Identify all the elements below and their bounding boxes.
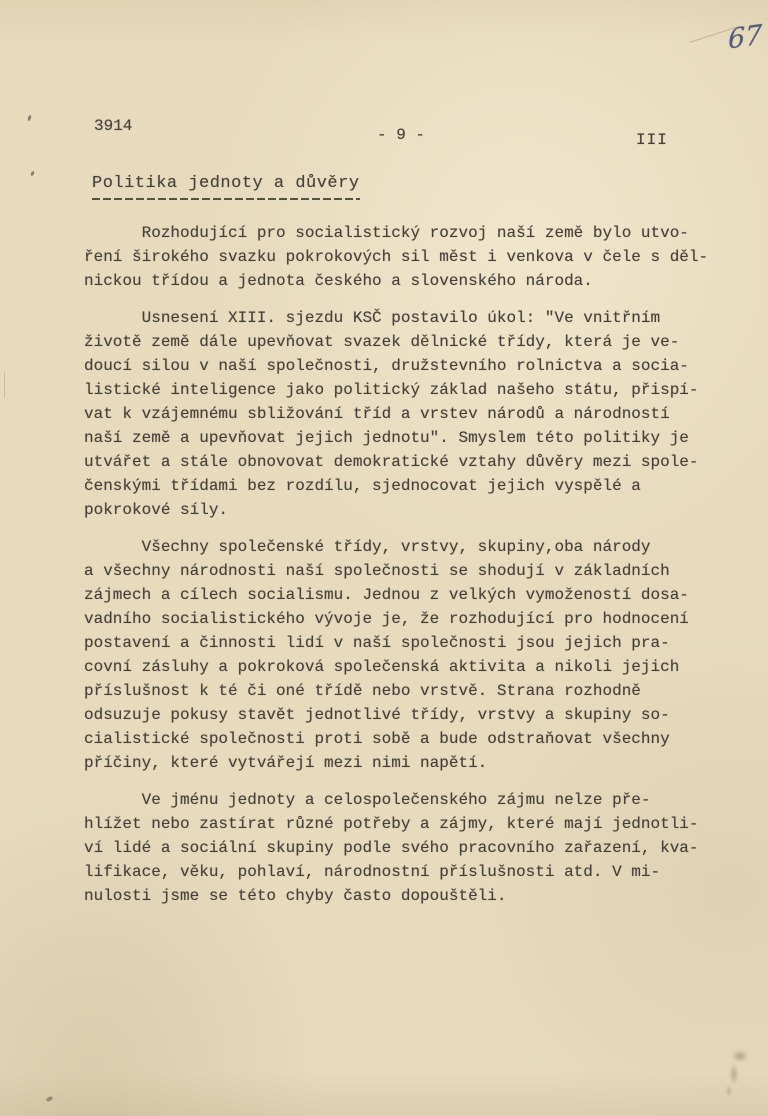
document-number: 3914 (94, 117, 132, 135)
handwritten-page-number: 67 (728, 19, 762, 55)
section-number: III (636, 131, 668, 149)
paper-speck (45, 1096, 53, 1103)
paper-fiber (4, 372, 5, 398)
page-number: - 9 - (377, 126, 425, 144)
paragraph-3: Všechny společenské třídy, vrstvy, skupi… (84, 535, 724, 775)
paragraph-4: Ve jménu jednoty a celospolečenského záj… (84, 788, 724, 908)
document-body: Rozhodující pro socialistický rozvoj naš… (84, 221, 724, 921)
document-heading: Politika jednoty a důvěry (92, 174, 360, 200)
ink-smudge (714, 1044, 758, 1100)
paper-speck (30, 171, 35, 177)
paragraph-1: Rozhodující pro socialistický rozvoj naš… (84, 221, 724, 293)
paragraph-2: Usnesení XIII. sjezdu KSČ postavilo úkol… (84, 306, 724, 522)
scanned-document-page: 3914 - 9 - III 67 Politika jednoty a dův… (0, 0, 768, 1116)
paper-speck (27, 115, 32, 122)
